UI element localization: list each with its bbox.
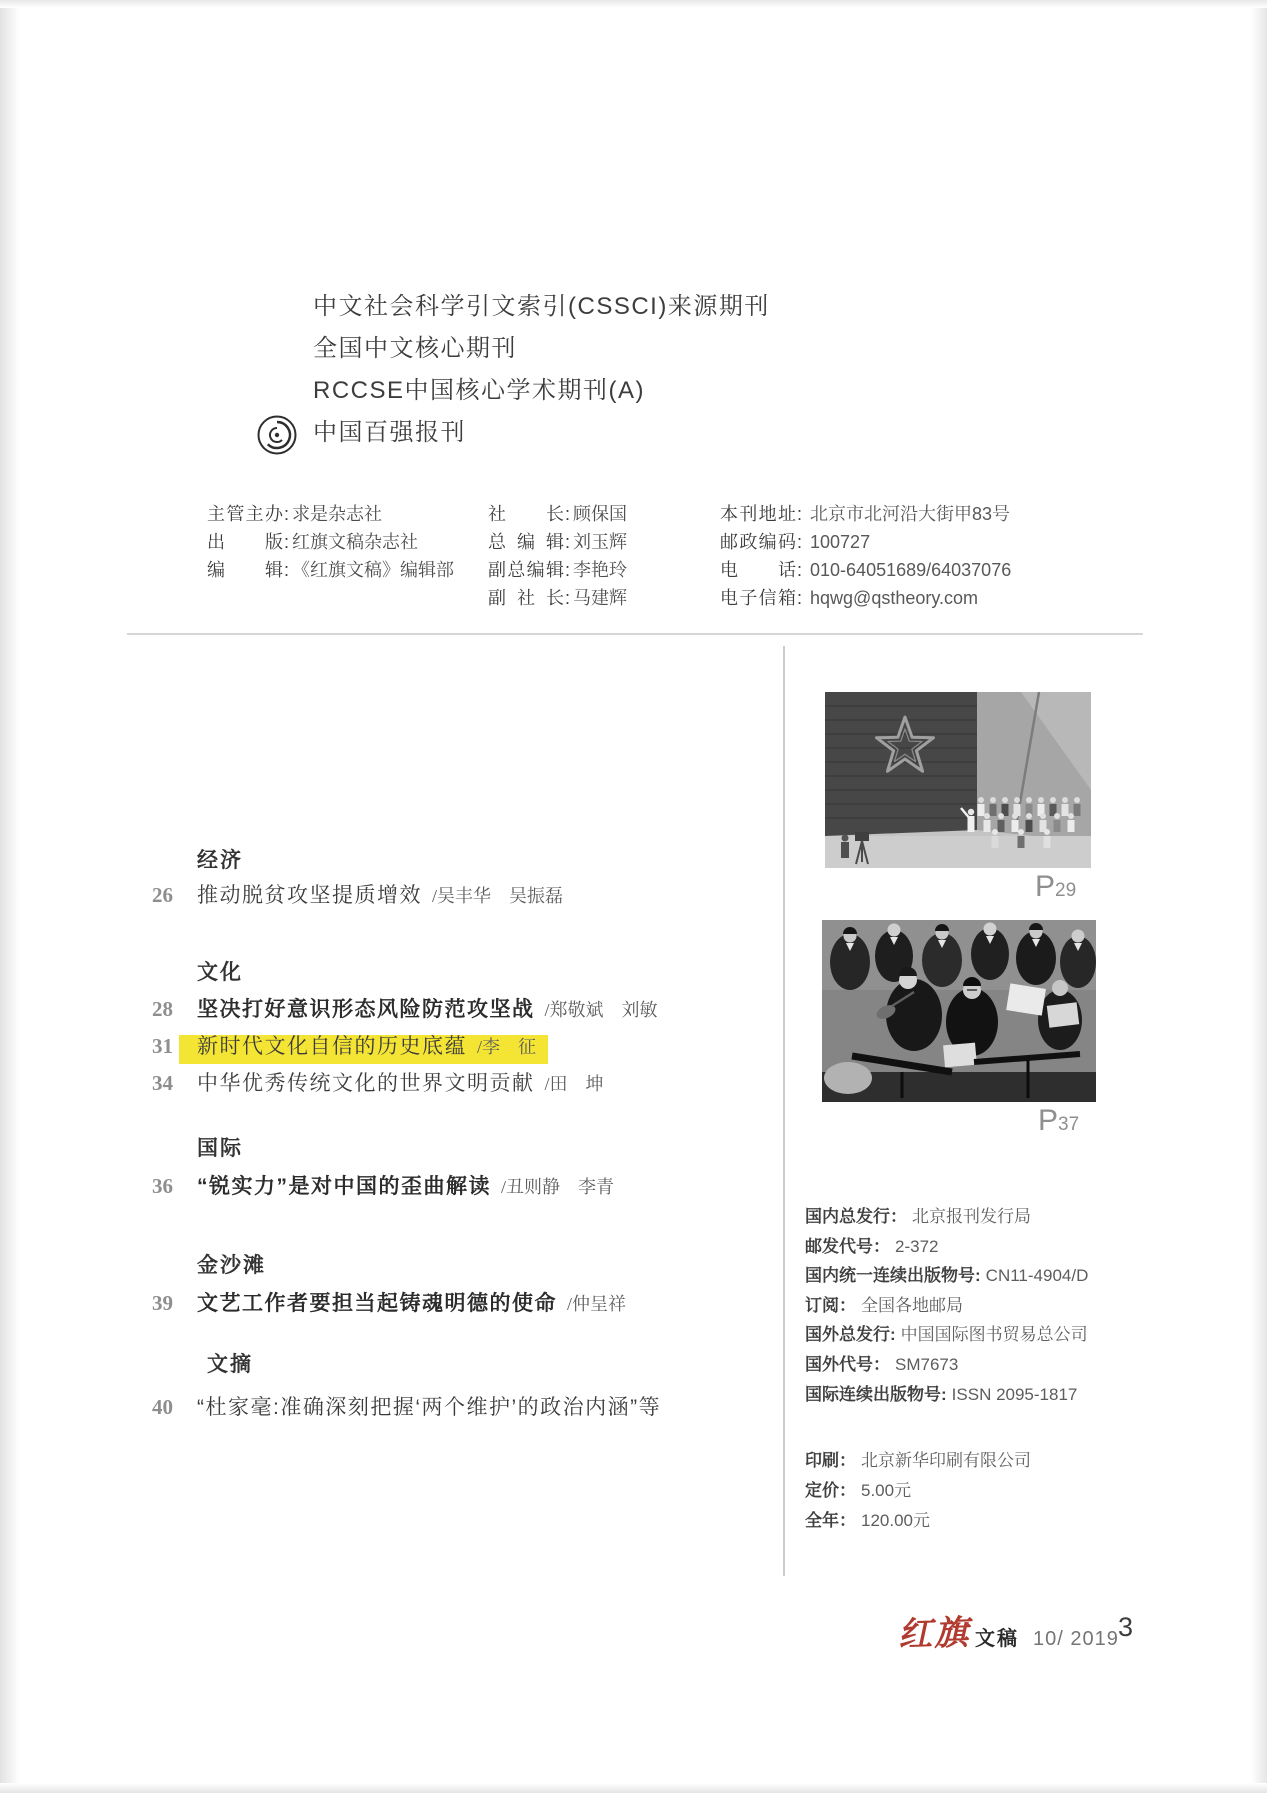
toc-page-number: 40 — [137, 1390, 183, 1424]
toc-entry-authors: /吴丰华 吴振磊 — [432, 886, 563, 906]
toc-entry-title: 坚决打好意识形态风险防范攻坚战 — [197, 998, 535, 1021]
masthead-colon: : — [797, 532, 802, 552]
journal-footer: 红旗 文稿 10/ 2019 — [898, 1606, 1119, 1655]
masthead-label: 电子信箱 — [720, 584, 796, 612]
distribution-label: 订阅： — [805, 1296, 856, 1315]
page-edge-shadow-top — [0, 0, 1267, 8]
toc-page-number: 28 — [137, 992, 183, 1026]
toc-entry-title: 文艺工作者要担当起铸魂明德的使命 — [197, 1292, 557, 1315]
horizontal-divider — [127, 633, 1143, 635]
masthead-colon: : — [284, 560, 289, 580]
masthead-value: 求是杂志社 — [292, 504, 382, 524]
vertical-divider — [783, 646, 785, 1576]
masthead-row: 社长:顾保国 — [488, 500, 627, 528]
accolade-line: 中国百强报刊 — [313, 412, 770, 454]
masthead-colon: : — [797, 504, 802, 524]
toc-page-number: 26 — [137, 878, 183, 912]
masthead-label: 副总编辑 — [488, 556, 564, 584]
accolade-line: 全国中文核心期刊 — [313, 328, 770, 370]
toc-page-number: 39 — [137, 1286, 183, 1320]
distribution-label: 国内统一连续出版物号: — [805, 1266, 981, 1285]
photo-caption-p29: P29 — [1035, 870, 1076, 904]
printing-label: 定价： — [805, 1481, 856, 1500]
page-edge-shadow-right — [1251, 0, 1267, 1793]
masthead-colon: : — [565, 504, 570, 524]
toc-section-culture: 文化 — [197, 958, 243, 988]
photo-p29 — [825, 692, 1091, 868]
toc-entry-title: 推动脱贫攻坚提质增效 — [197, 884, 422, 907]
toc-entry-authors: /丑则静 李青 — [501, 1177, 614, 1197]
masthead-colon: : — [565, 560, 570, 580]
masthead-colon: : — [565, 532, 570, 552]
masthead-row: 副社长:马建辉 — [488, 584, 627, 612]
masthead-label: 总编辑 — [488, 528, 564, 556]
accolade-line: RCCSE中国核心学术期刊(A) — [313, 370, 770, 412]
distribution-row: 国内统一连续出版物号:CN11-4904/D — [805, 1261, 1088, 1291]
masthead-row: 副总编辑:李艳玲 — [488, 556, 627, 584]
masthead-row: 编辑:《红旗文稿》编辑部 — [207, 556, 454, 584]
page-edge-shadow-bottom — [0, 1783, 1267, 1793]
toc-entry-title: “杜家毫:准确深刻把握‘两个维护’的政治内涵”等 — [197, 1396, 661, 1419]
toc-entry-title: 中华优秀传统文化的世界文明贡献 — [197, 1072, 535, 1095]
distribution-label: 邮发代号： — [805, 1237, 890, 1256]
masthead-column-publisher: 主管主办:求是杂志社 出版:红旗文稿杂志社 编辑:《红旗文稿》编辑部 — [207, 500, 454, 584]
photo-p37 — [822, 920, 1096, 1102]
photo-caption-letter: P — [1035, 870, 1055, 903]
masthead-value: 100727 — [810, 532, 870, 552]
printing-value: 北京新华印刷有限公司 — [861, 1451, 1031, 1470]
masthead-colon: : — [565, 588, 570, 608]
masthead-label: 电话 — [720, 556, 796, 584]
toc-entry: 26推动脱贫攻坚提质增效/吴丰华 吴振磊 — [137, 878, 737, 912]
photo-p29-image — [825, 692, 1091, 868]
toc-entry: 34中华优秀传统文化的世界文明贡献/田 坤 — [137, 1066, 737, 1100]
masthead-row: 邮政编码:100727 — [720, 528, 1011, 556]
masthead-value: 马建辉 — [573, 588, 627, 608]
masthead-row: 总编辑:刘玉辉 — [488, 528, 627, 556]
printing-value: 120.00元 — [861, 1511, 930, 1530]
masthead-colon: : — [284, 504, 289, 524]
distribution-label: 国外总发行: — [805, 1325, 896, 1344]
masthead-value: 李艳玲 — [573, 560, 627, 580]
printing-row: 全年：120.00元 — [805, 1506, 1031, 1536]
toc-page-number: 36 — [137, 1169, 183, 1203]
masthead-row: 出版:红旗文稿杂志社 — [207, 528, 454, 556]
photo-caption-number: 37 — [1058, 1114, 1079, 1135]
magazine-toc-page: 中文社会科学引文索引(CSSCI)来源期刊 全国中文核心期刊 RCCSE中国核心… — [0, 0, 1267, 1793]
page-number: 3 — [1118, 1612, 1133, 1643]
printing-value: 5.00元 — [861, 1481, 911, 1500]
distribution-label: 国内总发行： — [805, 1207, 907, 1226]
masthead-value: 刘玉辉 — [573, 532, 627, 552]
page-edge-shadow-left — [0, 0, 20, 1793]
printing-row: 印刷：北京新华印刷有限公司 — [805, 1446, 1031, 1476]
distribution-info: 国内总发行：北京报刊发行局 邮发代号：2-372 国内统一连续出版物号:CN11… — [805, 1202, 1088, 1409]
toc-entry-title: 新时代文化自信的历史底蕴 — [197, 1035, 467, 1058]
masthead-value: hqwg@qstheory.com — [810, 588, 978, 608]
distribution-value: SM7673 — [895, 1355, 958, 1374]
toc-entry-authors: /李 征 — [477, 1037, 536, 1057]
masthead-row: 本刊地址:北京市北河沿大街甲83号 — [720, 500, 1011, 528]
photo-caption-p37: P37 — [1038, 1104, 1079, 1138]
distribution-value: 中国国际图书贸易总公司 — [901, 1325, 1088, 1344]
distribution-value: 北京报刊发行局 — [912, 1207, 1031, 1226]
toc-entry: 28坚决打好意识形态风险防范攻坚战/郑敬斌 刘敏 — [137, 992, 737, 1026]
masthead-label: 副社长 — [488, 584, 564, 612]
masthead-colon: : — [284, 532, 289, 552]
journal-brand-script: 红旗 — [897, 1605, 971, 1656]
accolade-list: 中文社会科学引文索引(CSSCI)来源期刊 全国中文核心期刊 RCCSE中国核心… — [313, 286, 770, 454]
masthead-colon: : — [797, 588, 802, 608]
masthead-label: 编辑 — [207, 556, 283, 584]
toc-section-economy: 经济 — [197, 846, 243, 876]
masthead-label: 本刊地址 — [720, 500, 796, 528]
distribution-value: CN11-4904/D — [986, 1266, 1089, 1285]
toc-page-number: 31 — [137, 1029, 183, 1063]
masthead-label: 主管主办 — [207, 500, 283, 528]
masthead-colon: : — [797, 560, 802, 580]
masthead-value: 红旗文稿杂志社 — [292, 532, 418, 552]
distribution-label: 国外代号： — [805, 1355, 890, 1374]
journal-emblem-icon — [256, 414, 298, 456]
journal-issue: 10/ 2019 — [1033, 1628, 1119, 1651]
distribution-value: ISSN 2095-1817 — [952, 1385, 1078, 1404]
masthead-row: 电子信箱:hqwg@qstheory.com — [720, 584, 1011, 612]
highlight-marker: 新时代文化自信的历史底蕴/李 征 — [179, 1035, 548, 1064]
printing-info: 印刷：北京新华印刷有限公司 定价：5.00元 全年：120.00元 — [805, 1446, 1031, 1536]
masthead-value: 北京市北河沿大街甲83号 — [810, 504, 1010, 524]
toc-entry-title: “锐实力”是对中国的歪曲解读 — [197, 1175, 491, 1198]
printing-label: 全年： — [805, 1511, 856, 1530]
masthead-value: 顾保国 — [573, 504, 627, 524]
distribution-label: 国际连续出版物号: — [805, 1385, 947, 1404]
toc-entry-authors: /田 坤 — [545, 1074, 604, 1094]
distribution-value: 2-372 — [895, 1237, 938, 1256]
distribution-row: 国际连续出版物号:ISSN 2095-1817 — [805, 1380, 1088, 1410]
toc-entry-authors: /仲呈祥 — [567, 1294, 626, 1314]
masthead-label: 出版 — [207, 528, 283, 556]
toc-section-jinshatan: 金沙滩 — [197, 1251, 266, 1281]
toc-entry-highlighted: 31新时代文化自信的历史底蕴/李 征 — [137, 1029, 737, 1063]
masthead-row: 电话:010-64051689/64037076 — [720, 556, 1011, 584]
toc-page-number: 34 — [137, 1066, 183, 1100]
toc-entry: 40“杜家毫:准确深刻把握‘两个维护’的政治内涵”等 — [137, 1390, 737, 1424]
toc-entry-authors: /郑敬斌 刘敏 — [545, 1000, 658, 1020]
photo-p37-image — [822, 920, 1096, 1102]
masthead-row: 主管主办:求是杂志社 — [207, 500, 454, 528]
distribution-row: 国外代号：SM7673 — [805, 1350, 1088, 1380]
distribution-row: 邮发代号：2-372 — [805, 1232, 1088, 1262]
toc-section-international: 国际 — [197, 1134, 243, 1164]
photo-caption-number: 29 — [1055, 880, 1076, 901]
masthead-value: 《红旗文稿》编辑部 — [292, 560, 454, 580]
distribution-value: 全国各地邮局 — [861, 1296, 963, 1315]
journal-brand-rest: 文稿 — [975, 1622, 1019, 1651]
distribution-row: 订阅：全国各地邮局 — [805, 1291, 1088, 1321]
toc-entry: 36“锐实力”是对中国的歪曲解读/丑则静 李青 — [137, 1169, 737, 1203]
masthead-column-contact: 本刊地址:北京市北河沿大街甲83号 邮政编码:100727 电话:010-640… — [720, 500, 1011, 612]
masthead-label: 邮政编码 — [720, 528, 796, 556]
masthead-value: 010-64051689/64037076 — [810, 560, 1011, 580]
toc-entry: 39文艺工作者要担当起铸魂明德的使命/仲呈祥 — [137, 1286, 737, 1320]
masthead-label: 社长 — [488, 500, 564, 528]
distribution-row: 国外总发行:中国国际图书贸易总公司 — [805, 1320, 1088, 1350]
distribution-row: 国内总发行：北京报刊发行局 — [805, 1202, 1088, 1232]
masthead-column-staff: 社长:顾保国 总编辑:刘玉辉 副总编辑:李艳玲 副社长:马建辉 — [488, 500, 627, 612]
photo-caption-letter: P — [1038, 1104, 1058, 1137]
toc-section-digest: 文摘 — [207, 1350, 253, 1380]
accolade-line: 中文社会科学引文索引(CSSCI)来源期刊 — [313, 286, 770, 328]
printing-row: 定价：5.00元 — [805, 1476, 1031, 1506]
printing-label: 印刷： — [805, 1451, 856, 1470]
